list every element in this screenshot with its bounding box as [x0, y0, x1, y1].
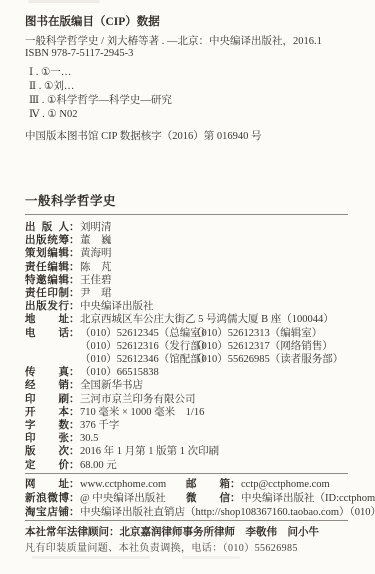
quality-notice-line: 凡有印装质量问题、本社负责调换，电话：（010）55626985 [25, 539, 298, 554]
table-row: 特邀编辑：王佳碧 [25, 274, 343, 287]
table-row: 电话：（010）52612345（总编室）（010）52612313（编辑室） [25, 327, 343, 340]
colon: ： [230, 478, 241, 492]
divider-above-contact [25, 473, 348, 474]
field-value: （010）52612346（馆配部） [80, 353, 191, 366]
colon: ： [69, 406, 80, 419]
table-row: 印刷：三河市京兰印务有限公司 [25, 393, 343, 406]
field-label: 传真 [25, 366, 69, 379]
field-label: 定价 [25, 459, 69, 472]
field-label: 印张 [25, 432, 69, 445]
field-label: 经销 [25, 379, 69, 392]
field-label: 责任印制 [25, 287, 69, 300]
field-value: 30.5 [80, 433, 98, 444]
table-row: 字数：376 千字 [25, 419, 343, 432]
table-row: 定价：68.00 元 [25, 459, 343, 472]
field-value-2: （010）52612313（编辑室） [191, 328, 322, 339]
colon: ： [69, 393, 80, 406]
field-label: 版次 [25, 445, 69, 458]
colon: ： [230, 492, 241, 506]
colon: ： [69, 300, 80, 313]
field-label: 特邀编辑 [25, 274, 69, 287]
field-label: 开本 [25, 406, 69, 419]
cip-header: 图书在版编目（CIP）数据 [25, 13, 160, 29]
field-value: （010）52612316（发行部） [80, 340, 191, 353]
cip-item-1: Ⅰ . ①一… [29, 66, 172, 80]
colon: ： [69, 247, 80, 260]
field-value: 68.00 元 [80, 460, 117, 471]
table-row: （010）52612346（馆配部）（010）55626985（读者服务部） [25, 353, 343, 366]
legal-counsel-line: 本社常年法律顾问：北京嘉润律师事务所律师 李敬伟 问小牛 [25, 524, 319, 539]
table-row: 地址：北京西城区车公庄大街乙 5 号鸿儒大厦 B 座（100044） [25, 313, 343, 326]
field-value: 尹 珺 [80, 288, 112, 299]
colon: ： [69, 234, 80, 247]
colon: ： [69, 313, 80, 326]
table-row: 开本：710 毫米 × 1000 毫米 1/16 [25, 406, 343, 419]
divider-under-title [25, 214, 348, 215]
colon: ： [69, 506, 80, 520]
cip-item-3: Ⅲ . ①科学哲学—科学史—研究 [29, 94, 172, 108]
colon: ： [69, 287, 80, 300]
table-row: 印张：30.5 [25, 432, 343, 445]
field-value: 黄海明 [80, 248, 112, 259]
table-row: 出版人：刘明清 [25, 221, 343, 234]
cip-item-4: Ⅳ . ① N02 [29, 108, 172, 122]
cip-item-2: Ⅱ . ①刘… [29, 80, 172, 94]
field-label: 淘宝店铺 [25, 506, 69, 520]
cip-classification-list: Ⅰ . ①一… Ⅱ . ①刘… Ⅲ . ①科学哲学—科学史—研究 Ⅳ . ① N… [29, 66, 172, 122]
colon: ： [69, 261, 80, 274]
table-row: 出版统筹：董 巍 [25, 234, 343, 247]
table-row: 责任印制：尹 珺 [25, 287, 343, 300]
field-value: 376 千字 [80, 420, 119, 431]
cip-description: 一般科学哲学史 / 刘大椿等著 . —北京：中央编译出版社，2016.1 [25, 33, 322, 48]
colon: ： [69, 419, 80, 432]
contact-block: 网址：www.cctphome.com邮箱：cctp@cctphome.com … [25, 478, 375, 519]
email-address: cctp@cctphome.com [241, 479, 330, 490]
field-label: 印刷 [25, 393, 69, 406]
field-label-2: 微信 [186, 492, 230, 506]
field-label: 责任编辑 [25, 261, 69, 274]
colon: ： [69, 327, 80, 340]
scan-artifact [32, 556, 150, 559]
field-label: 地址 [25, 313, 69, 326]
weibo-handle: @ 中央编译出版社 [80, 492, 186, 506]
table-row: （010）52612316（发行部）（010）52612317（网络销售） [25, 340, 343, 353]
book-title: 一般科学哲学史 [25, 191, 116, 209]
scan-artifact [28, 0, 100, 3]
field-value: 陈 芃 [80, 262, 112, 273]
field-value: 710 毫米 × 1000 毫米 1/16 [80, 407, 204, 418]
table-row: 新浪微博：@ 中央编译出版社微信：中央编译出版社（ID:cctphome） [25, 492, 375, 506]
field-label: 电话 [25, 327, 69, 340]
field-label: 策划编辑 [25, 247, 69, 260]
colophon-block: 出版人：刘明清 出版统筹：董 巍 策划编辑：黄海明 责任编辑：陈 芃 特邀编辑：… [25, 221, 343, 472]
table-row: 经销：全国新华书店 [25, 379, 343, 392]
colon: ： [69, 379, 80, 392]
colon: ： [69, 492, 80, 506]
field-label-2: 邮箱 [186, 478, 230, 492]
table-row: 策划编辑：黄海明 [25, 247, 343, 260]
divider-above-footer [25, 520, 348, 521]
field-value: 2016 年 1 月第 1 版第 1 次印刷 [80, 446, 219, 457]
table-row: 淘宝店铺：中央编译出版社直销店（http://shop108367160.tao… [25, 506, 375, 520]
website-url: www.cctphome.com [80, 478, 186, 492]
cip-record-number: 中国版本图书馆 CIP 数据核字（2016）第 016940 号 [25, 128, 261, 143]
table-row: 责任编辑：陈 芃 [25, 261, 343, 274]
taobao-store: 中央编译出版社直销店（http://shop108367160.taobao.c… [80, 507, 375, 518]
scan-artifact [182, 556, 240, 559]
colon: ： [69, 432, 80, 445]
field-value: 中央编译出版社 [80, 301, 154, 312]
field-value: 北京西城区车公庄大街乙 5 号鸿儒大厦 B 座（100044） [80, 314, 334, 325]
field-value: 刘明清 [80, 222, 112, 233]
field-value: 王佳碧 [80, 275, 112, 286]
table-row: 网址：www.cctphome.com邮箱：cctp@cctphome.com [25, 478, 375, 492]
copyright-page: 图书在版编目（CIP）数据 一般科学哲学史 / 刘大椿等著 . —北京：中央编译… [0, 0, 375, 574]
field-label: 新浪微博 [25, 492, 69, 506]
isbn-number: ISBN 978-7-5117-2945-3 [25, 48, 133, 59]
field-value: （010）66515838 [80, 367, 159, 378]
colon: ： [69, 445, 80, 458]
field-value: 全国新华书店 [80, 380, 143, 391]
colon: ： [69, 459, 80, 472]
table-row: 传真：（010）66515838 [25, 366, 343, 379]
wechat-id: 中央编译出版社（ID:cctphome） [241, 493, 375, 504]
field-value: 董 巍 [80, 235, 112, 246]
colon: ： [69, 366, 80, 379]
field-value-2: （010）52612317（网络销售） [191, 341, 333, 352]
field-label: 出版统筹 [25, 234, 69, 247]
table-row: 版次：2016 年 1 月第 1 版第 1 次印刷 [25, 445, 343, 458]
field-value: （010）52612345（总编室） [80, 327, 191, 340]
field-label: 出版发行 [25, 300, 69, 313]
field-value: 三河市京兰印务有限公司 [80, 394, 196, 405]
field-label: 出版人 [25, 221, 69, 234]
field-label: 字数 [25, 419, 69, 432]
colon: ： [69, 221, 80, 234]
colon: ： [69, 478, 80, 492]
field-label: 网址 [25, 478, 69, 492]
table-row: 出版发行：中央编译出版社 [25, 300, 343, 313]
field-value-2: （010）55626985（读者服务部） [191, 354, 343, 365]
colon: ： [69, 274, 80, 287]
